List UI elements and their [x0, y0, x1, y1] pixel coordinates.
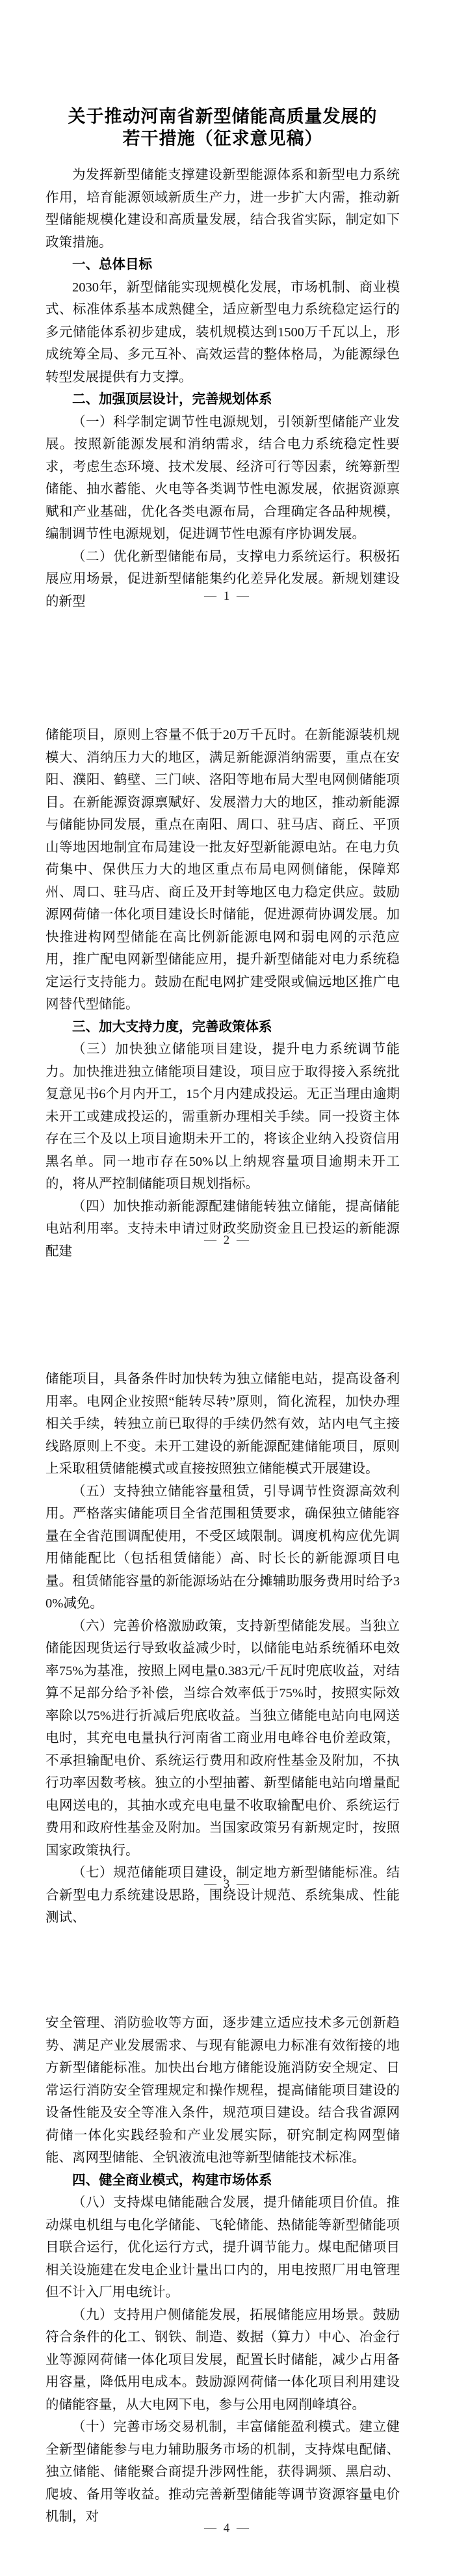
- page-number-4: — 4 —: [0, 2521, 455, 2536]
- document-page-1: 关于推动河南省新型储能高质量发展的 若干措施（征求意见稿） 为发挥新型储能支撑建…: [0, 0, 455, 644]
- item-4-continuation-paragraph: 储能项目，具备条件时加快转为独立储能电站，提高设备利用率。电网企业按照“能转尽转…: [45, 1368, 400, 1481]
- document-title-line-1: 关于推动河南省新型储能高质量发展的: [39, 105, 406, 127]
- section-heading-3: 三、加大支持力度，完善政策体系: [45, 1016, 400, 1039]
- policy-document: 关于推动河南省新型储能高质量发展的 若干措施（征求意见稿） 为发挥新型储能支撑建…: [0, 0, 455, 2576]
- item-9-paragraph: （九）支持用户侧储能发展，拓展储能应用场景。鼓励符合条件的化工、钢铁、制造、数据…: [45, 2304, 400, 2417]
- document-title: 关于推动河南省新型储能高质量发展的 若干措施（征求意见稿）: [39, 105, 406, 150]
- item-2-continuation-paragraph: 储能项目，原则上容量不低于20万千瓦时。在新能源装机规模大、消纳压力大的地区，满…: [45, 724, 400, 1016]
- document-title-line-2: 若干措施（征求意见稿）: [39, 127, 406, 150]
- page-number-3: — 3 —: [0, 1877, 455, 1892]
- item-10-paragraph: （十）完善市场交易机制，丰富储能盈利模式。建立健全新型储能参与电力辅助服务市场的…: [45, 2416, 400, 2529]
- section-heading-2: 二、加强顶层设计，完善规划体系: [45, 388, 400, 411]
- intro-paragraph: 为发挥新型储能支撑建设新型能源体系和新型电力系统作用，培育能源领域新质生产力，进…: [45, 164, 400, 254]
- page-number-1: — 1 —: [0, 589, 455, 604]
- item-6-paragraph: （六）完善价格激励政策，支持新型储能发展。当独立储能因现货运行导致收益减少时，以…: [45, 1615, 400, 1862]
- document-page-3: 储能项目，具备条件时加快转为独立储能电站，提高设备利用率。电网企业按照“能转尽转…: [0, 1288, 455, 1932]
- item-5-paragraph: （五）支持独立储能容量租赁，引导调节性资源高效利用。严格落实储能项目全省范围租赁…: [45, 1481, 400, 1615]
- item-3-paragraph: （三）加快独立储能项目建设，提升电力系统调节能力。加快推进独立储能项目建设，项目…: [45, 1038, 400, 1196]
- item-8-paragraph: （八）支持煤电储能融合发展，提升储能项目价值。推动煤电机组与电化学储能、飞轮储能…: [45, 2192, 400, 2304]
- section-heading-1: 一、总体目标: [45, 254, 400, 276]
- item-7-paragraph: （七）规范储能项目建设，制定地方新型储能标准。结合新型电力系统建设思路，围绕设计…: [45, 1862, 400, 1929]
- item-7-continuation-paragraph: 安全管理、消防验收等方面，逐步建立适应技术多元创新趋势、满足产业发展需求、与现有…: [45, 2012, 400, 2169]
- page-number-2: — 2 —: [0, 1233, 455, 1248]
- section-heading-4: 四、健全商业模式，构建市场体系: [45, 2169, 400, 2192]
- item-4-paragraph: （四）加快推动新能源配建储能转独立储能，提高储能电站利用率。支持未申请过财政奖励…: [45, 1196, 400, 1263]
- overall-goal-paragraph: 2030年，新型储能实现规模化发展，市场机制、商业模式、标准体系基本成熟健全，适…: [45, 276, 400, 389]
- item-1-paragraph: （一）科学制定调节性电源规划，引领新型储能产业发展。按照新能源发展和消纳需求，结…: [45, 411, 400, 546]
- document-page-2: 储能项目，原则上容量不低于20万千瓦时。在新能源装机规模大、消纳压力大的地区，满…: [0, 644, 455, 1288]
- document-page-4: 安全管理、消防验收等方面，逐步建立适应技术多元创新趋势、满足产业发展需求、与现有…: [0, 1932, 455, 2576]
